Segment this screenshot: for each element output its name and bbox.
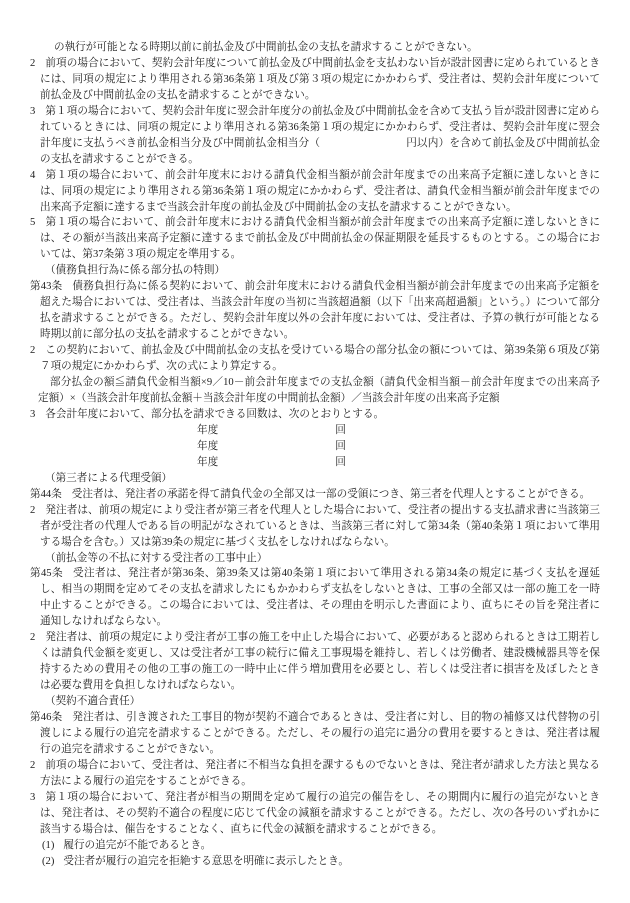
paragraph-number: 3: [30, 792, 35, 803]
paragraph-text: 第１項の場合において、契約会計年度に翌会計年度分の前払金及び中間前払金を含めて支…: [40, 106, 600, 165]
paragraph-numbered: 3各会計年度において、部分払を請求できる回数は、次のとおりとする。: [30, 407, 600, 423]
paragraph-text: 前項の場合において、受注者は、発注者に不相当な負担を課するものでないときは、発注…: [40, 760, 600, 787]
count-unit-label: 回: [335, 439, 346, 455]
clause-heading: （前払金等の不払に対する受注者の工事中止）: [30, 551, 600, 567]
paragraph-numbered: 5第１項の場合において、前会計年度末における請負代金相当額が前会計年度までの出来…: [30, 215, 600, 263]
paragraph-text: 第１項の場合において、発注者が相当の期間を定めて履行の追完の催告をし、その期間内…: [40, 792, 600, 835]
paragraph-number: (1): [42, 840, 54, 851]
paragraph-numbered: 2前項の場合において、受注者は、発注者に不相当な負担を課するものでないときは、発…: [30, 758, 600, 790]
paragraph-number: 2: [30, 760, 35, 771]
article-paragraph: 第43条債務負担行為に係る契約において、前会計年度末における請負代金相当額が前会…: [30, 279, 600, 343]
paragraph-numbered: 3第１項の場合において、契約会計年度に翌会計年度分の前払金及び中間前払金を含めて…: [30, 104, 600, 168]
document-page: の執行が可能となる時期以前に前払金及び中間前払金の支払を請求することができない。…: [0, 0, 630, 903]
fiscal-year-label: 年度: [197, 439, 218, 455]
paragraph-numbered: 2前項の場合において、契約会計年度について前払金及び中間前払金を支払わない旨が設…: [30, 56, 600, 104]
paragraph-number: 2: [30, 505, 35, 516]
paragraph-text: 発注者は、前項の規定により受注者が第三者を代理人とした場合において、受注者の提出…: [40, 505, 600, 548]
article-number: 第44条: [30, 489, 62, 500]
paragraph-text: 債務負担行為に係る契約において、前会計年度末における請負代金相当額が前会計年度ま…: [40, 281, 600, 340]
paragraph-text: 発注者は、前項の規定により受注者が工事の施工を中止した場合において、必要があると…: [40, 632, 600, 691]
paragraph-numbered: 3第１項の場合において、発注者が相当の期間を定めて履行の追完の催告をし、その期間…: [30, 790, 600, 838]
document-body: の執行が可能となる時期以前に前払金及び中間前払金の支払を請求することができない。…: [30, 40, 600, 870]
paragraph-numbered: 2この契約において、前払金及び中間前払金の支払を受けている場合の部分払金の額につ…: [30, 343, 600, 375]
fill-in-row: 年度回: [30, 423, 600, 439]
article-paragraph: 第45条受注者は、発注者が第36条、第39条又は第40条第１項において準用される…: [30, 566, 600, 630]
paragraph-text: この契約において、前払金及び中間前払金の支払を受けている場合の部分払金の額につい…: [40, 345, 600, 372]
paragraph-number: 2: [30, 345, 35, 356]
fiscal-year-label: 年度: [197, 455, 218, 471]
paragraph-number: 2: [30, 632, 35, 643]
formula-line: 部分払金の額≦請負代金相当額×9／10－前会計年度までの支払金額（請負代金相当額…: [30, 375, 600, 407]
paragraph-number: 4: [30, 170, 35, 181]
fill-in-row: 年度回: [30, 439, 600, 455]
item-line: (2)受注者が履行の追完を拒絶する意思を明確に表示したとき。: [30, 854, 600, 870]
article-number: 第43条: [30, 281, 62, 292]
paragraph-number: 2: [30, 58, 35, 69]
paragraph-text: 第１項の場合において、前会計年度末における請負代金相当額が前会計年度までの出来高…: [40, 217, 600, 260]
paragraph-number: 3: [30, 106, 35, 117]
clause-heading: （契約不適合責任）: [30, 694, 600, 710]
paragraph-text: 受注者は、発注者が第36条、第39条又は第40条第１項において準用される第34条…: [40, 568, 600, 627]
paragraph-text: 受注者が履行の追完を拒絶する意思を明確に表示したとき。: [63, 856, 349, 867]
paragraph-text: 各会計年度において、部分払を請求できる回数は、次のとおりとする。: [45, 409, 384, 420]
paragraph-number: 5: [30, 217, 35, 228]
article-paragraph: 第46条発注者は、引き渡された工事目的物が契約不適合であるときは、受注者に対し、…: [30, 710, 600, 758]
paragraph-number: (2): [42, 856, 54, 867]
article-number: 第46条: [30, 712, 62, 723]
paragraph-numbered: 2発注者は、前項の規定により受注者が工事の施工を中止した場合において、必要がある…: [30, 630, 600, 694]
fiscal-year-label: 年度: [197, 423, 218, 439]
clause-heading: （第三者による代理受領）: [30, 471, 600, 487]
count-unit-label: 回: [335, 423, 346, 439]
article-paragraph: 第44条受注者は、発注者の承諾を得て請負代金の全部又は一部の受領につき、第三者を…: [30, 487, 600, 503]
fill-in-row: 年度回: [30, 455, 600, 471]
count-unit-label: 回: [335, 455, 346, 471]
paragraph-numbered: 2発注者は、前項の規定により受注者が第三者を代理人とした場合において、受注者の提…: [30, 503, 600, 551]
paragraph-number: 3: [30, 409, 35, 420]
item-line: (1)履行の追完が不能であるとき。: [30, 838, 600, 854]
paragraph-text: 第１項の場合において、前会計年度末における請負代金相当額が前会計年度までの出来高…: [40, 170, 600, 213]
paragraph-text: 履行の追完が不能であるとき。: [63, 840, 211, 851]
paragraph-text: 受注者は、発注者の承諾を得て請負代金の全部又は一部の受領につき、第三者を代理人と…: [72, 489, 590, 500]
article-number: 第45条: [30, 568, 63, 579]
paragraph-numbered: 4第１項の場合において、前会計年度末における請負代金相当額が前会計年度までの出来…: [30, 168, 600, 216]
clause-heading: （債務負担行為に係る部分払の特則）: [30, 263, 600, 279]
paragraph-text: 発注者は、引き渡された工事目的物が契約不適合であるときは、受注者に対し、目的物の…: [40, 712, 600, 755]
paragraph-continuation: の執行が可能となる時期以前に前払金及び中間前払金の支払を請求することができない。: [30, 40, 600, 56]
paragraph-text: 前項の場合において、契約会計年度について前払金及び中間前払金を支払わない旨が設計…: [40, 58, 600, 101]
